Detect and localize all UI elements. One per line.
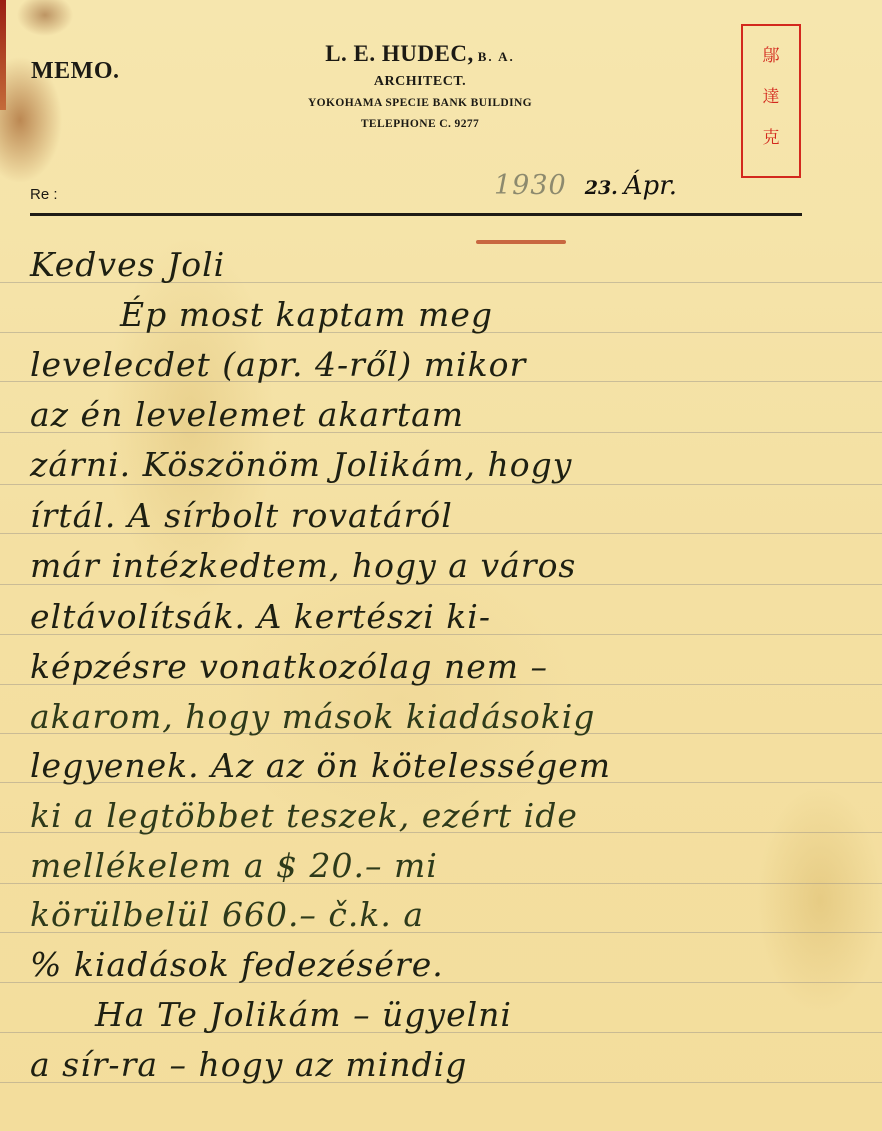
letter-line: ki a legtöbbet teszek, ezért ide: [30, 796, 578, 836]
letter-line: Ép most kaptam meg: [120, 295, 493, 335]
handwritten-letter: Kedves Joli Ép most kaptam meg levelecde…: [0, 0, 882, 1131]
letter-line: körülbelül 660.– č.k. a: [30, 895, 424, 935]
letter-line: levelecdet (apr. 4-ről) mikor: [30, 345, 526, 385]
letter-line: Ha Te Jolikám – ügyelni: [95, 995, 512, 1035]
letter-line: képzésre vonatkozólag nem –: [30, 647, 548, 687]
letter-line: az én levelemet akartam: [30, 395, 464, 435]
letter-line: írtál. A sírbolt rovatáról: [30, 496, 453, 536]
letter-line: mellékelem a $ 20.– mi: [30, 846, 438, 886]
memo-page: MEMO. L. E. HUDEC,B. A. ARCHITECT. YOKOH…: [0, 0, 882, 1131]
letter-line: a sír-ra – hogy az mindig: [30, 1045, 467, 1085]
letter-line: már intézkedtem, hogy a város: [30, 546, 576, 586]
salutation: Kedves Joli: [30, 245, 225, 285]
letter-line: % kiadások fedezésére.: [30, 945, 444, 985]
letter-line: akarom, hogy mások kiadásokig: [30, 697, 595, 737]
letter-line: zárni. Köszönöm Jolikám, hogy: [30, 445, 572, 485]
letter-line: eltávolítsák. A kertészi ki-: [30, 597, 491, 637]
letter-line: legyenek. Az az ön kötelességem: [30, 746, 611, 786]
